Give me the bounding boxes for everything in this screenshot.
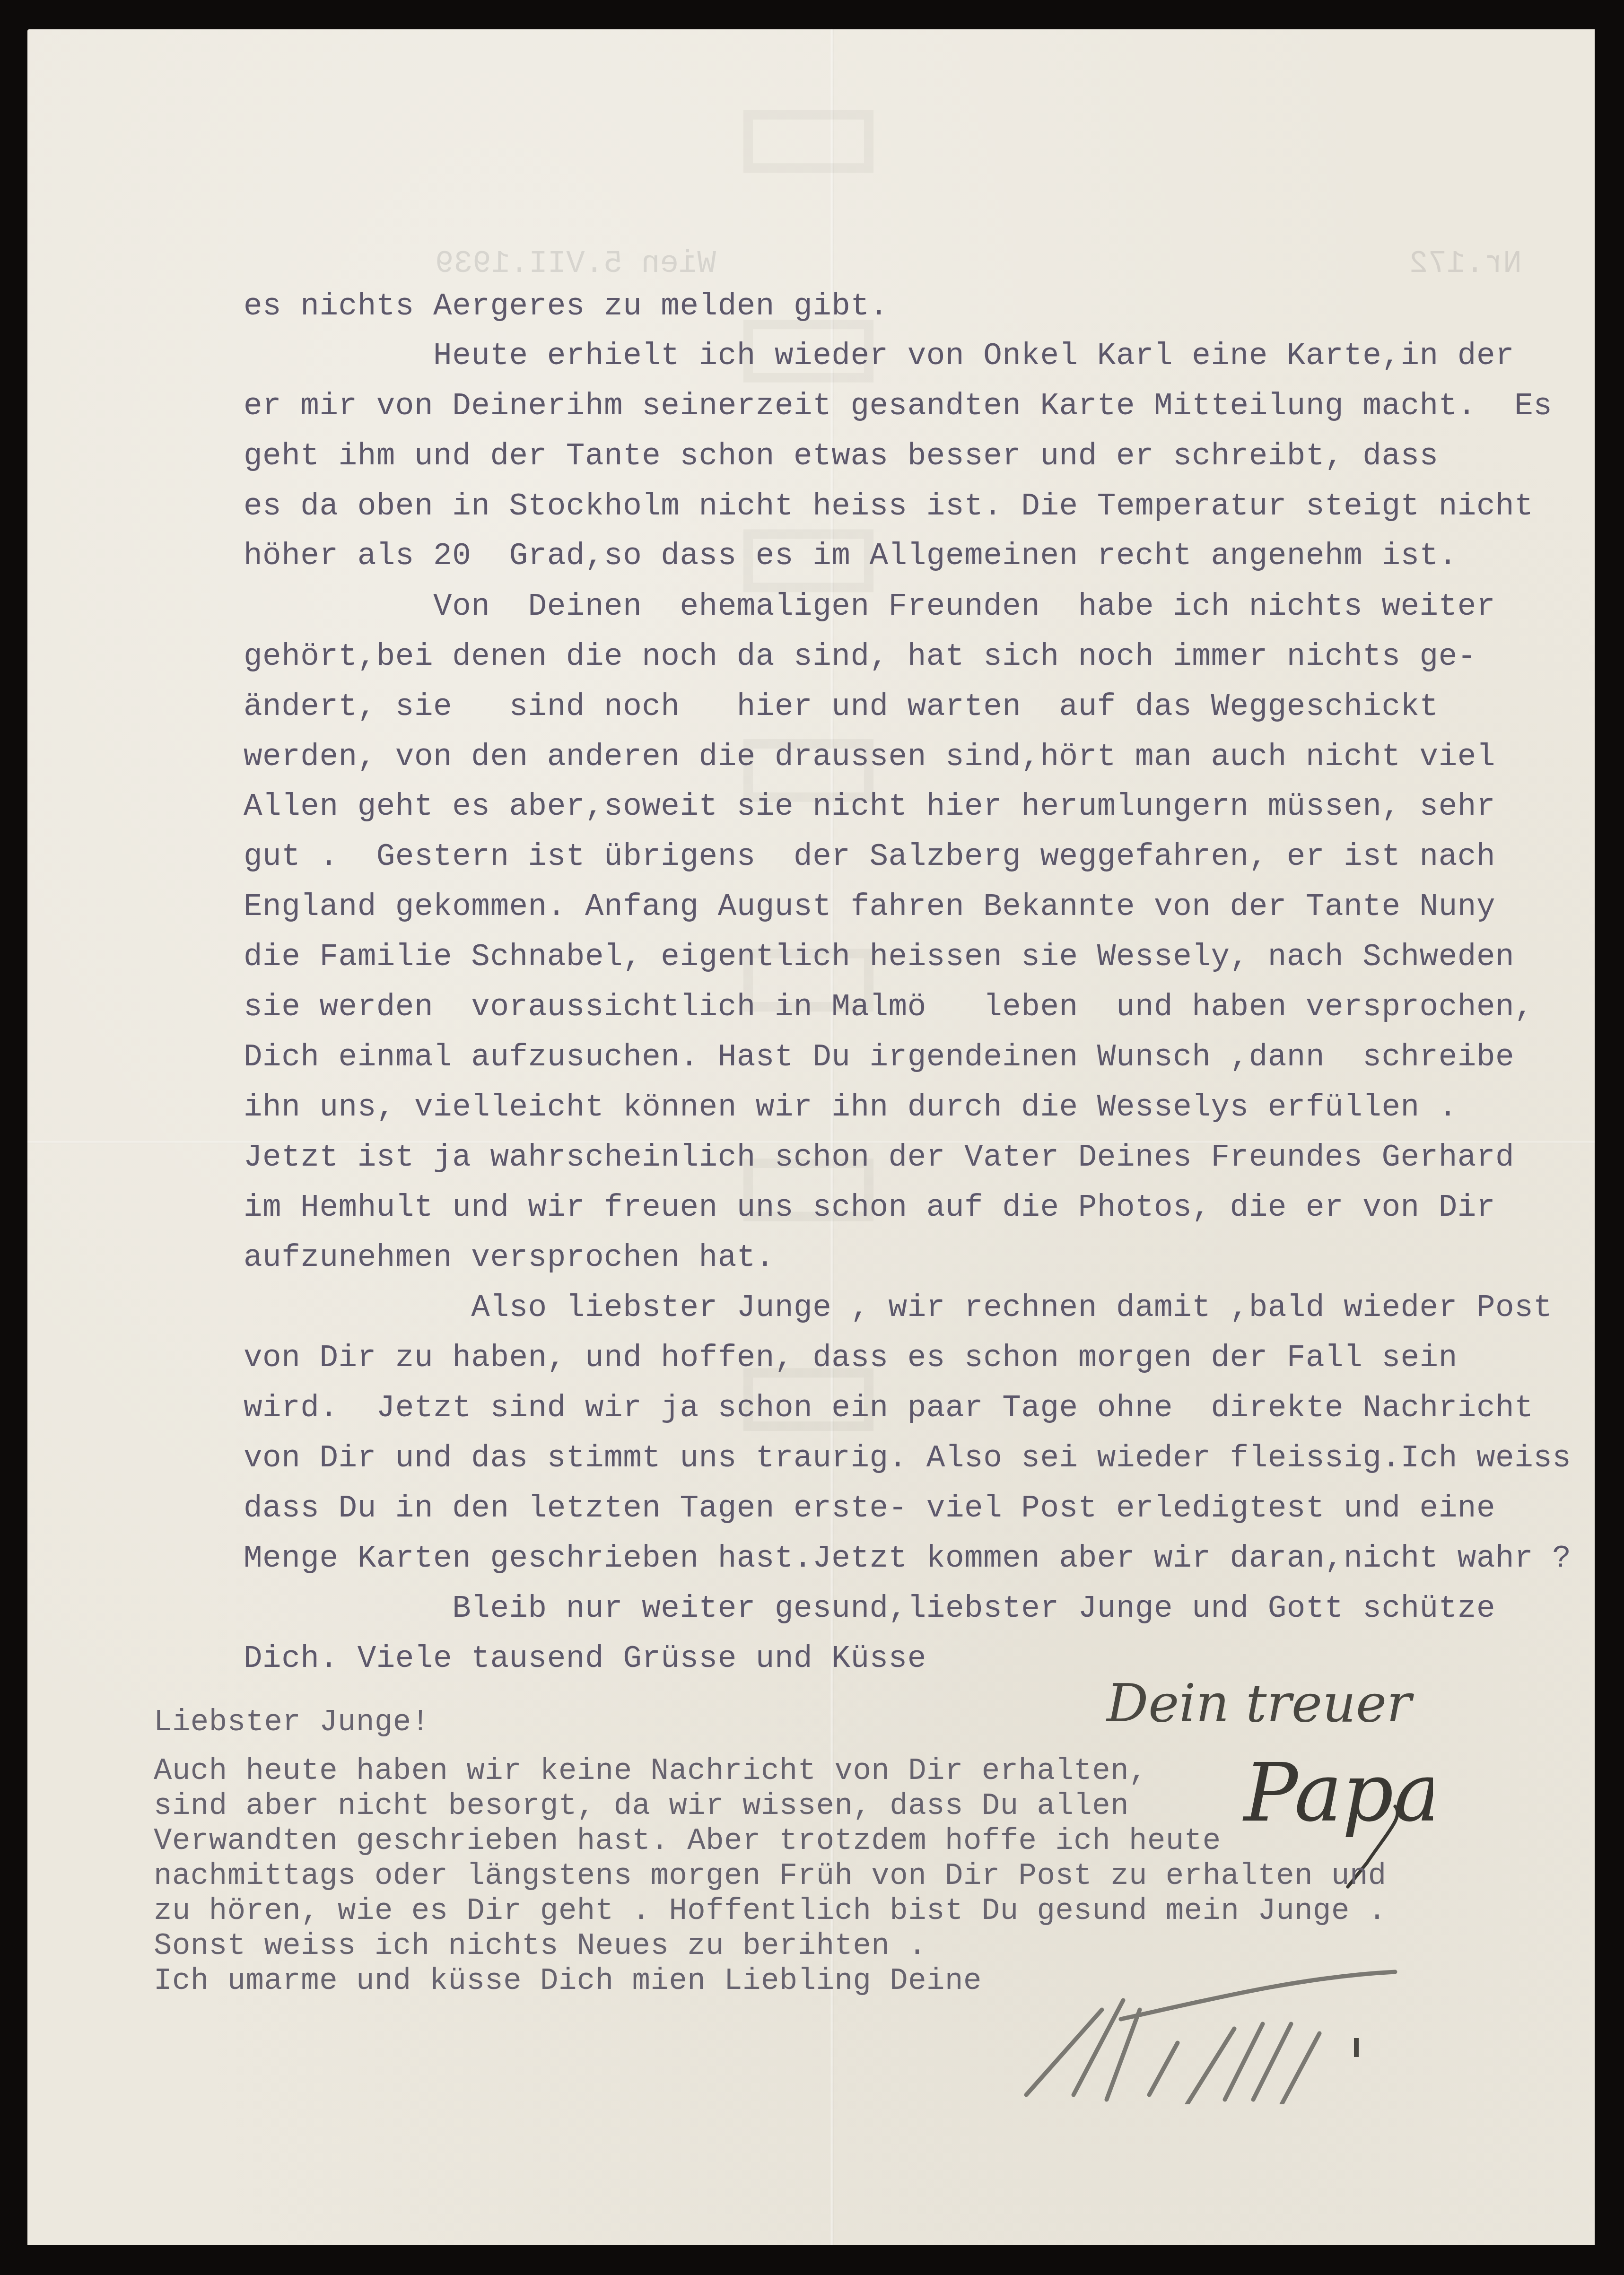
letter-line: ihn uns, vielleicht können wir ihn durch…: [244, 1092, 1458, 1123]
postscript-line: Ich umarme und küsse Dich mien Liebling …: [154, 1966, 982, 1997]
letter-line: es nichts Aergeres zu melden gibt.: [244, 291, 889, 322]
letter-line: werden, von den anderen die draussen sin…: [244, 741, 1495, 773]
letter-line: wird. Jetzt sind wir ja schon ein paar T…: [244, 1393, 1533, 1424]
show-through-header-left: Wien 5.VII.1939: [435, 246, 716, 281]
letter-line: sie werden voraussichtlich in Malmö lebe…: [244, 992, 1533, 1023]
letter-line: Bleib nur weiter gesund,liebster Junge u…: [244, 1593, 1495, 1624]
letter-line: Also liebster Junge , wir rechnen damit …: [244, 1292, 1552, 1324]
letter-line: geht ihm und der Tante schon etwas besse…: [244, 441, 1439, 472]
postscript-line: zu hören, wie es Dir geht . Hoffentlich …: [154, 1896, 1387, 1927]
letter-line: aufzunehmen versprochen hat.: [244, 1242, 775, 1273]
letter-line: Dich. Viele tausend Grüsse und Küsse: [244, 1643, 926, 1674]
letter-line: England gekommen. Anfang August fahren B…: [244, 891, 1495, 923]
letter-line: Allen geht es aber,soweit sie nicht hier…: [244, 791, 1495, 822]
postscript-line: Verwandten geschrieben hast. Aber trotzd…: [154, 1826, 1221, 1857]
postscript-line: Sonst weiss ich nichts Neues zu berihten…: [154, 1931, 926, 1962]
letter-line: im Hemhult und wir freuen uns schon auf …: [244, 1192, 1495, 1223]
postscript-line: Auch heute haben wir keine Nachricht von…: [154, 1756, 1147, 1787]
letter-line: gehört,bei denen die noch da sind, hat s…: [244, 641, 1476, 672]
letter-line: ändert, sie sind noch hier und warten au…: [244, 691, 1439, 723]
postscript-greeting: Liebster Junge!: [154, 1707, 430, 1738]
postscript-line: nachmittags oder längstens morgen Früh v…: [154, 1861, 1387, 1892]
letter-line: die Familie Schnabel, eigentlich heissen…: [244, 941, 1514, 973]
letter-line: er mir von Deinerihm seinerzeit gesandte…: [244, 391, 1552, 422]
show-through-header-right: Nr.172: [1409, 246, 1522, 281]
letter-line: Jetzt ist ja wahrscheinlich schon der Va…: [244, 1142, 1514, 1173]
letter-line: gut . Gestern ist übrigens der Salzberg …: [244, 841, 1495, 872]
letter-line: Dich einmal aufzusuchen. Hast Du irgende…: [244, 1042, 1514, 1073]
postscript-line: sind aber nicht besorgt, da wir wissen, …: [154, 1791, 1129, 1822]
letter-line: höher als 20 Grad,so dass es im Allgemei…: [244, 540, 1458, 572]
letter-line: von Dir und das stimmt uns traurig. Also…: [244, 1443, 1571, 1474]
letter-line: dass Du in den letzten Tagen erste- viel…: [244, 1493, 1495, 1524]
letter-line: es da oben in Stockholm nicht heiss ist.…: [244, 491, 1533, 522]
letter-line: Menge Karten geschrieben hast.Jetzt komm…: [244, 1543, 1571, 1574]
letter-line: Heute erhielt ich wieder von Onkel Karl …: [244, 340, 1514, 372]
letter-line: Von Deinen ehemaligen Freunden habe ich …: [244, 591, 1495, 622]
letter-line: von Dir zu haben, und hoffen, dass es sc…: [244, 1342, 1458, 1374]
